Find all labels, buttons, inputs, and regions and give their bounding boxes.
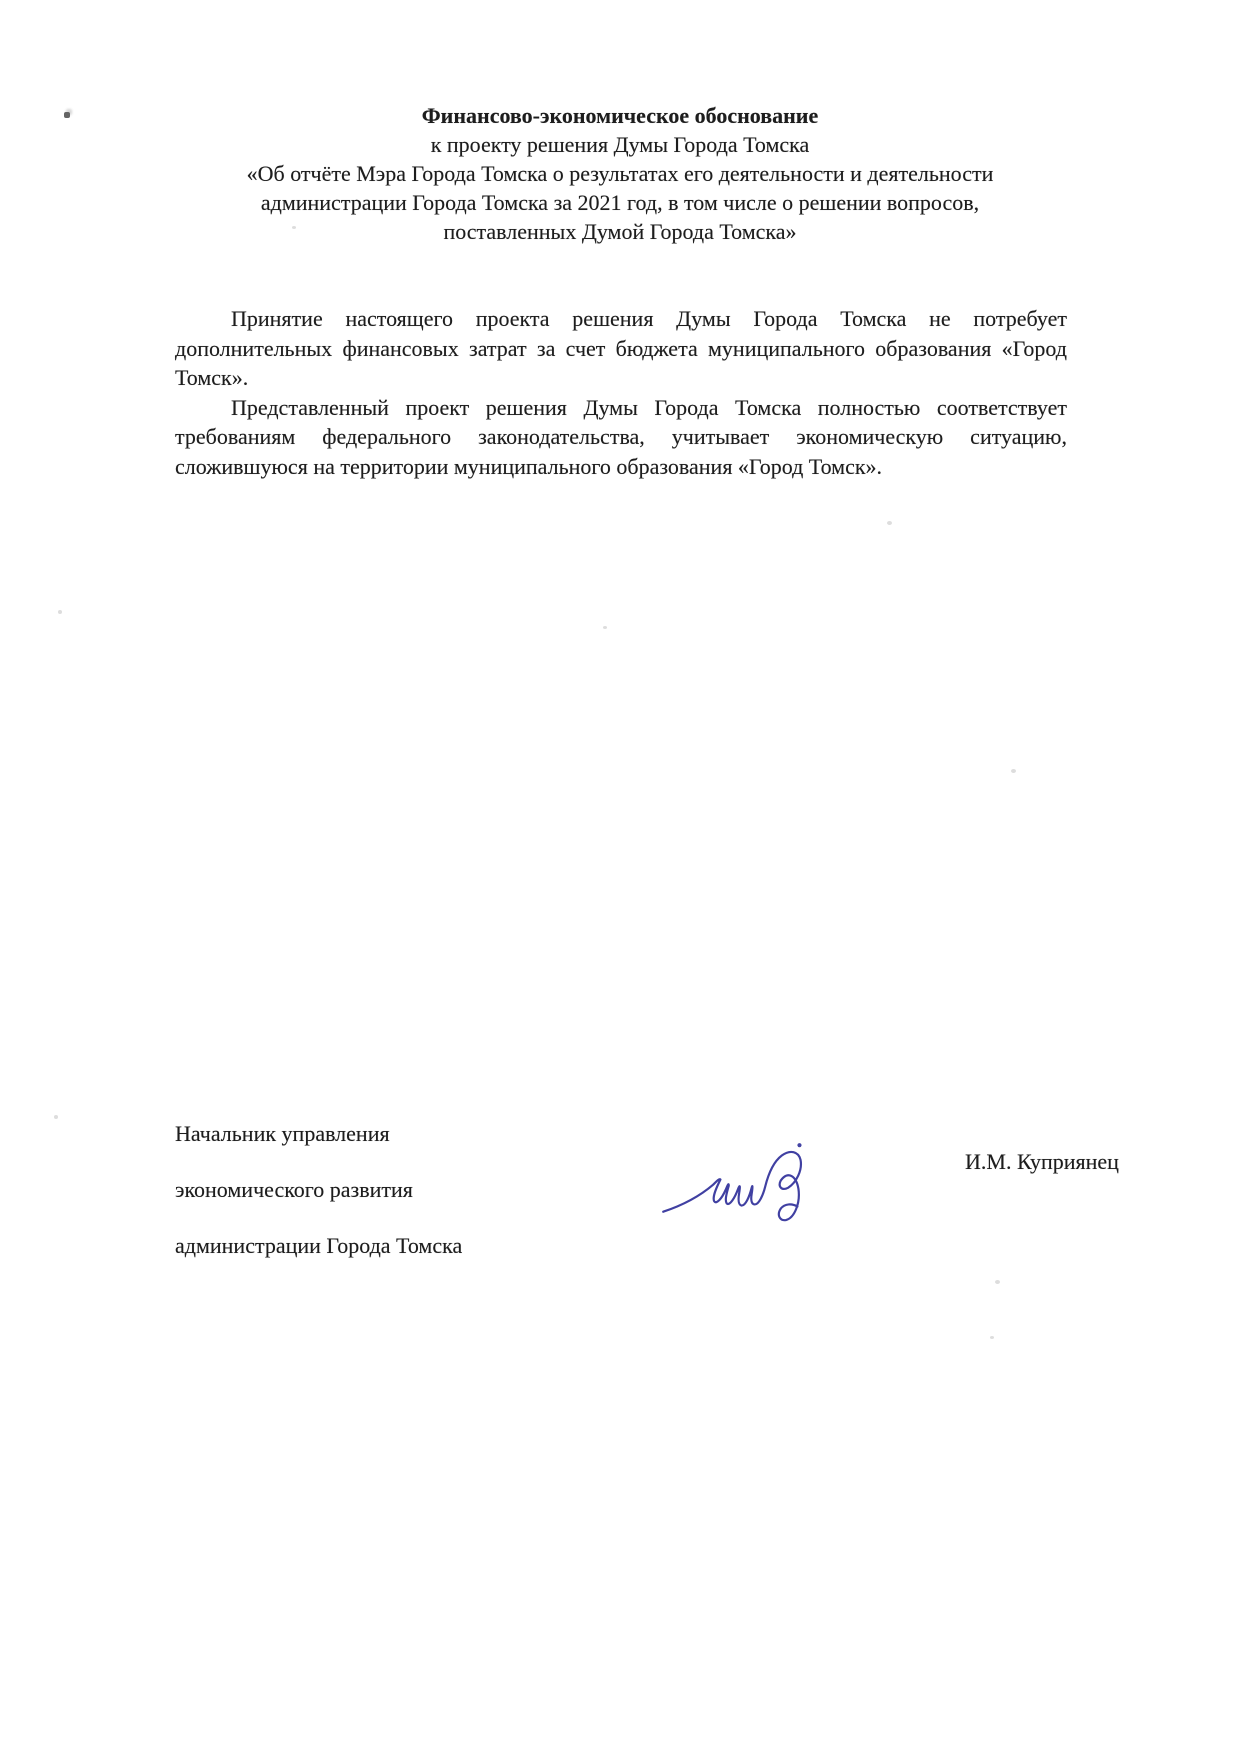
signatory-position-line: администрации Города Томска — [175, 1232, 462, 1260]
document-title: Финансово-экономическое обоснование — [175, 101, 1065, 130]
scan-speck — [887, 521, 892, 525]
handwritten-signature-icon — [657, 1130, 839, 1230]
document-subtitle-line: «Об отчёте Мэра Города Томска о результа… — [175, 159, 1065, 188]
document-subtitle-line: администрации Города Томска за 2021 год,… — [175, 188, 1065, 217]
signatory-position-line: экономического развития — [175, 1176, 462, 1204]
signatory-position-line: Начальник управления — [175, 1120, 462, 1148]
signatory-position: Начальник управления экономического разв… — [175, 1092, 462, 1288]
signature-ink-dot — [797, 1143, 801, 1147]
body-paragraph: Принятие настоящего проекта решения Думы… — [175, 304, 1067, 393]
scan-speck — [54, 1115, 58, 1119]
document-subtitle-line: поставленных Думой Города Томска» — [175, 217, 1065, 246]
scan-speck — [64, 112, 70, 118]
document-body: Принятие настоящего проекта решения Думы… — [175, 304, 1067, 481]
body-paragraph: Представленный проект решения Думы Город… — [175, 393, 1067, 482]
scan-speck — [603, 626, 607, 629]
signature-stroke — [663, 1152, 801, 1220]
scan-speck — [990, 1336, 994, 1339]
scan-speck — [58, 610, 62, 614]
document-header: Финансово-экономическое обоснование к пр… — [175, 101, 1065, 246]
scanned-document-page: Финансово-экономическое обоснование к пр… — [0, 0, 1240, 1753]
document-subtitle-line: к проекту решения Думы Города Томска — [175, 130, 1065, 159]
scan-speck — [1011, 769, 1016, 773]
signatory-name: И.М. Куприянец — [965, 1148, 1119, 1176]
scan-speck — [995, 1280, 1000, 1284]
signature-block: Начальник управления экономического разв… — [175, 1092, 1065, 1232]
